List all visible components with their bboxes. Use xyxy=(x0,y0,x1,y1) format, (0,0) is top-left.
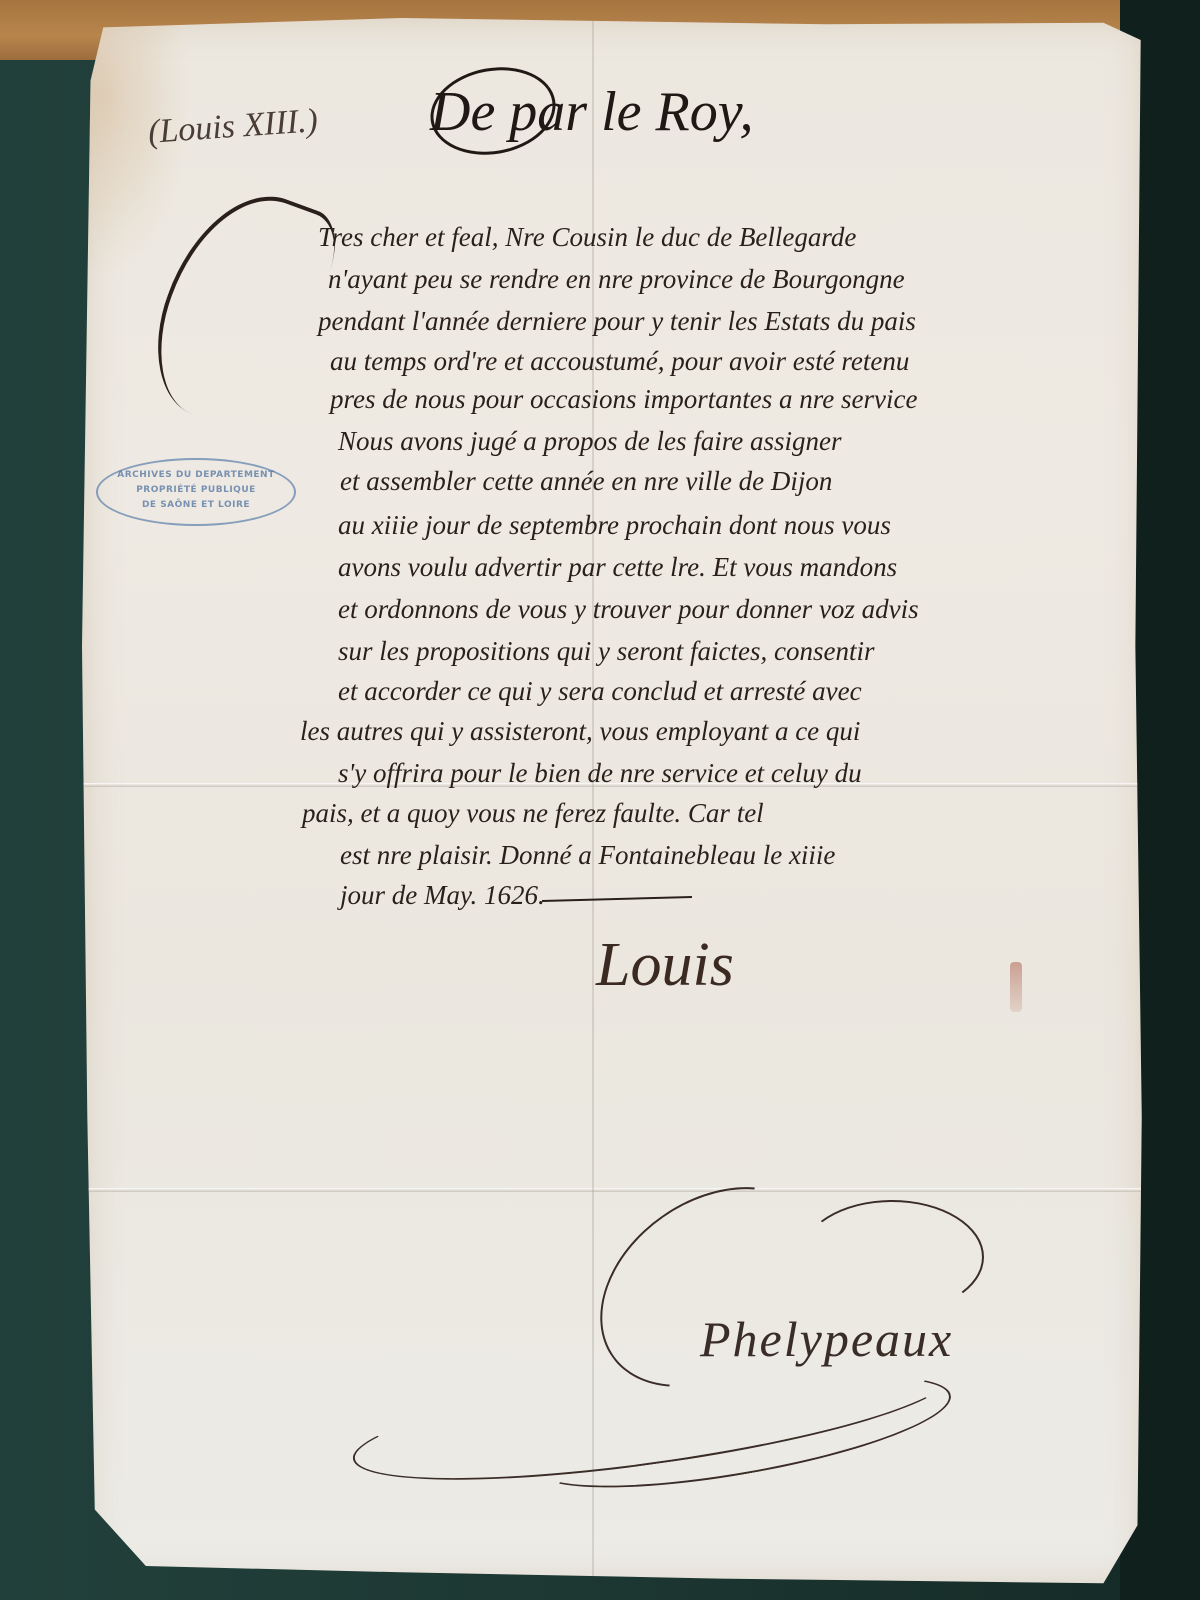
body-line: pais, et a quoy vous ne ferez faulte. Ca… xyxy=(302,798,764,829)
signature-flourish xyxy=(800,1200,984,1314)
body-line: et ordonnons de vous y trouver pour donn… xyxy=(338,594,919,625)
body-line: avons voulu advertir par cette lre. Et v… xyxy=(338,552,897,583)
wax-seal-residue xyxy=(1010,962,1022,1012)
body-line: au temps ord're et accoustumé, pour avoi… xyxy=(330,346,909,377)
archive-stamp: ARCHIVES DU DEPARTEMENT PROPRIÉTÉ PUBLIQ… xyxy=(96,458,296,526)
body-line: est nre plaisir. Donné a Fontainebleau l… xyxy=(340,840,835,871)
body-line: sur les propositions qui y seront faicte… xyxy=(338,636,874,667)
archive-stamp-line-1: ARCHIVES DU DEPARTEMENT xyxy=(98,468,294,483)
fold-crease-horizontal xyxy=(82,1188,1146,1192)
body-line: et assembler cette année en nre ville de… xyxy=(340,466,832,497)
body-line: n'ayant peu se rendre en nre province de… xyxy=(328,264,905,295)
archive-stamp-line-3: DE SAÔNE ET LOIRE xyxy=(98,498,294,513)
secretary-signature: Phelypeaux xyxy=(700,1310,953,1368)
archive-stamp-line-2: PROPRIÉTÉ PUBLIQUE xyxy=(98,483,294,498)
body-line-date: jour de May. 1626. xyxy=(340,880,545,911)
body-line: Nous avons jugé a propos de les faire as… xyxy=(338,426,841,457)
body-line: au xiiie jour de septembre prochain dont… xyxy=(338,510,891,541)
king-signature: Louis xyxy=(596,930,734,1001)
body-line: les autres qui y assisteront, vous emplo… xyxy=(300,716,860,747)
body-line: pres de nous pour occasions importantes … xyxy=(330,384,917,415)
body-line: et accorder ce qui y sera conclud et arr… xyxy=(338,676,862,707)
body-line: Tres cher et feal, Nre Cousin le duc de … xyxy=(318,222,856,253)
body-line: pendant l'année derniere pour y tenir le… xyxy=(318,306,916,337)
body-line: s'y offrira pour le bien de nre service … xyxy=(338,758,862,789)
letter-heading: De par le Roy, xyxy=(430,80,753,144)
